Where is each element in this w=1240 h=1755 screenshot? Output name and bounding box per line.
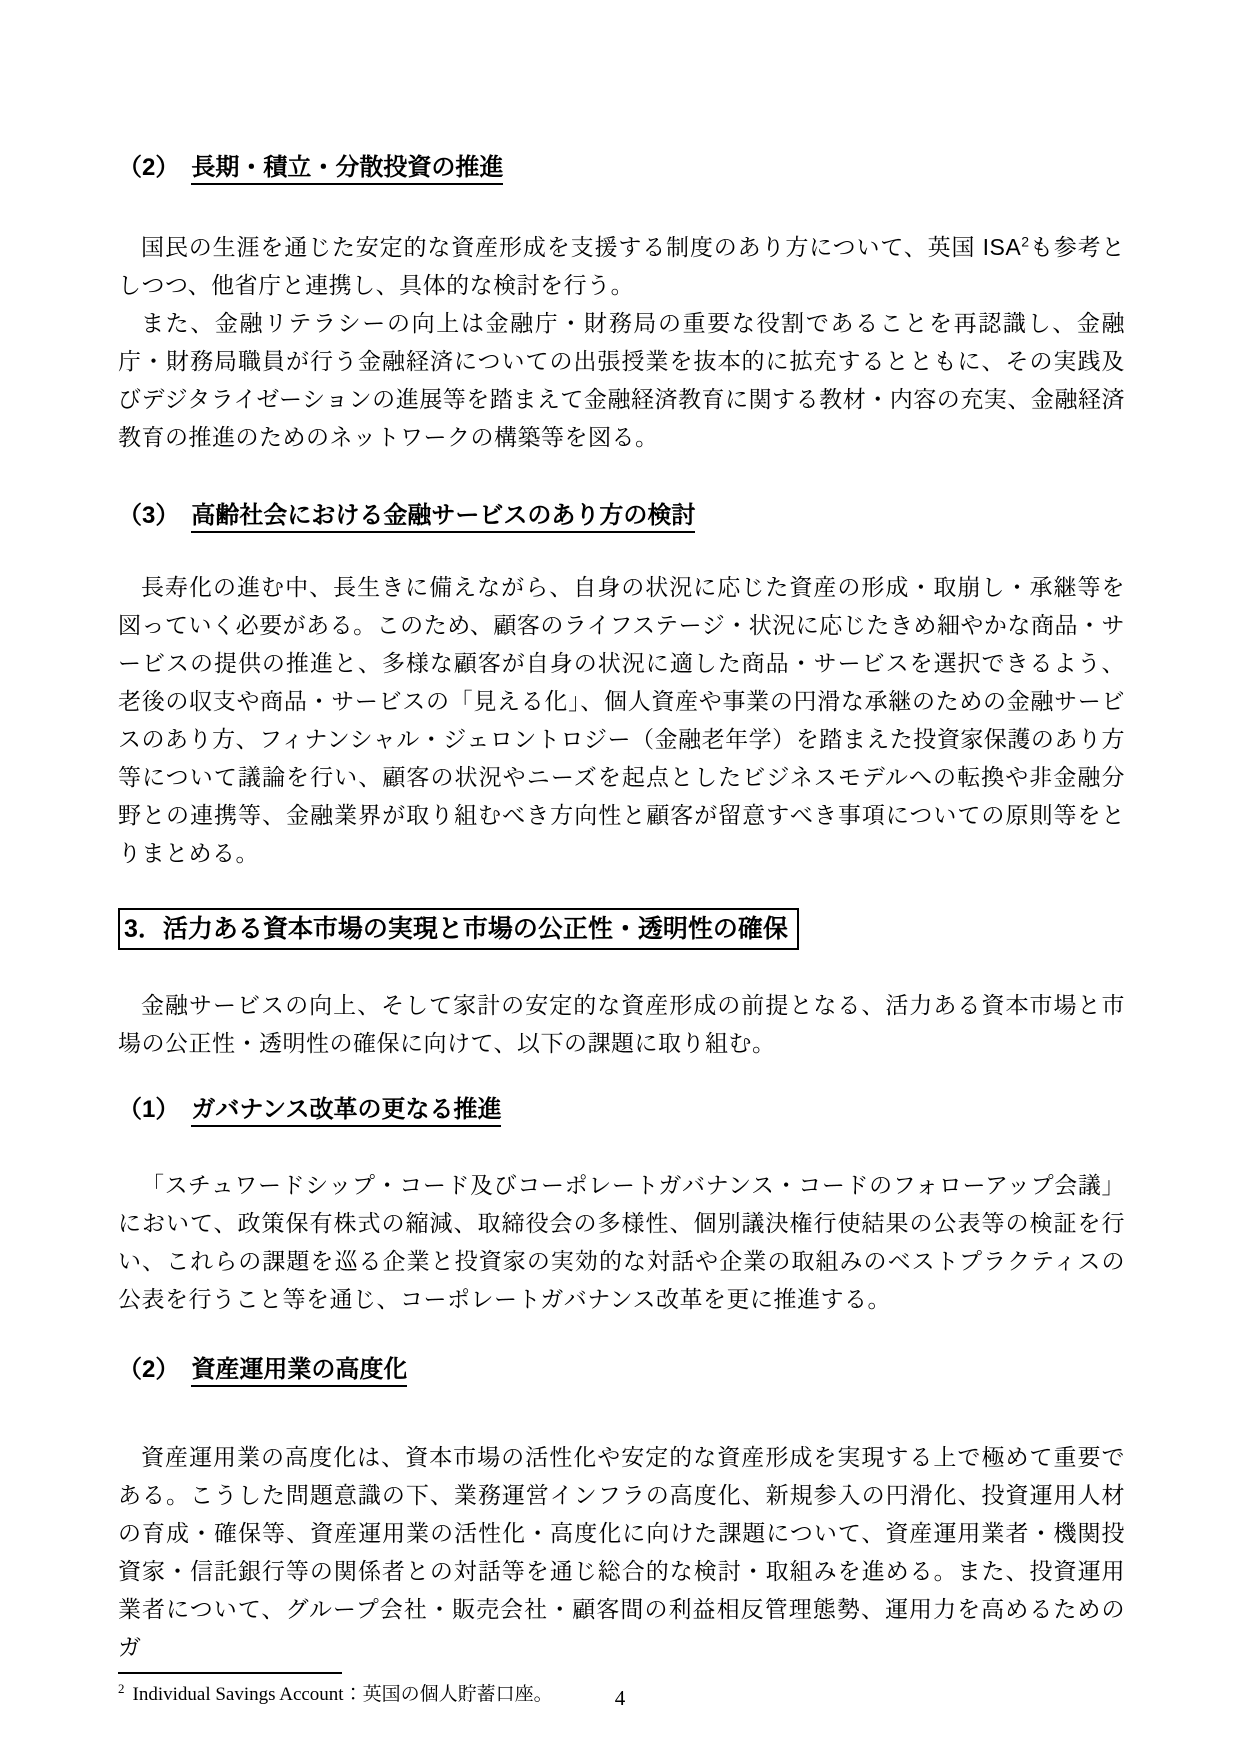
paragraph-isa-text: 国民の生涯を通じた安定的な資産形成を支援する制度のあり方について、英国 ISA [141, 234, 1021, 260]
heading-title: 長期・積立・分散投資の推進 [191, 154, 503, 185]
heading-aging-society: （3）高齢社会における金融サービスのあり方の検討 [118, 500, 1125, 532]
heading-title: ガバナンス改革の更なる推進 [191, 1096, 501, 1127]
paragraph-isa: 国民の生涯を通じた安定的な資産形成を支援する制度のあり方について、英国 ISA2… [118, 228, 1125, 304]
paragraph-financial-literacy: また、金融リテラシーの向上は金融庁・財務局の重要な役割であることを再認識し、金融… [118, 304, 1125, 456]
heading-asset-management: （2）資産運用業の高度化 [118, 1354, 1125, 1386]
footnote-reference-2: 2 [1021, 233, 1029, 249]
page-number: 4 [0, 1686, 1240, 1711]
heading-number: （2） [118, 154, 179, 181]
paragraph-capital-market: 金融サービスの向上、そして家計の安定的な資産形成の前提となる、活力ある資本市場と… [118, 986, 1125, 1062]
heading-title: 資産運用業の高度化 [191, 1356, 407, 1387]
heading-number: （1） [118, 1096, 179, 1123]
heading-number: （3） [118, 502, 179, 529]
heading-longterm-investment: （2）長期・積立・分散投資の推進 [118, 152, 1125, 184]
footnote-separator [118, 1672, 342, 1674]
chapter-heading-wrap: 3．活力ある資本市場の実現と市場の公正性・透明性の確保 [118, 908, 1125, 950]
heading-governance-reform: （1）ガバナンス改革の更なる推進 [118, 1094, 1125, 1126]
paragraph-governance: 「スチュワードシップ・コード及びコーポレートガバナンス・コードのフォローアップ会… [118, 1166, 1125, 1318]
heading-number: （2） [118, 1356, 179, 1383]
heading-title: 高齢社会における金融サービスのあり方の検討 [191, 502, 695, 533]
paragraph-asset-management: 資産運用業の高度化は、資本市場の活性化や安定的な資産形成を実現する上で極めて重要… [118, 1438, 1125, 1666]
chapter-heading-capital-market: 3．活力ある資本市場の実現と市場の公正性・透明性の確保 [118, 908, 799, 950]
paragraph-aging-society: 長寿化の進む中、長生きに備えながら、自身の状況に応じた資産の形成・取崩し・承継等… [118, 568, 1125, 872]
document-page: （2）長期・積立・分散投資の推進 国民の生涯を通じた安定的な資産形成を支援する制… [0, 0, 1240, 1755]
